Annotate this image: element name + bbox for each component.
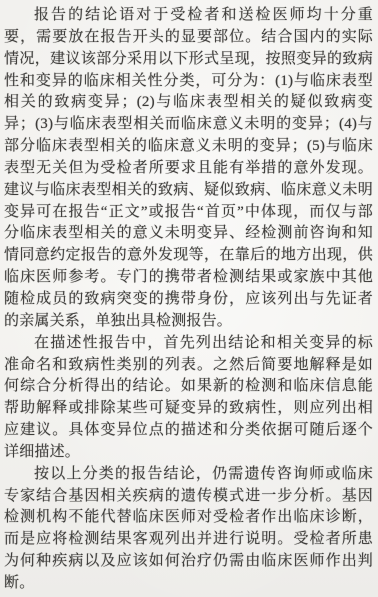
scanned-document-page: 报告的结论语对于受检者和送检医师均十分重 要，需要放在报告开头的显要部位。结合国… — [0, 0, 378, 597]
text-line: 报告的结论语对于受检者和送检医师均十分重 — [4, 5, 373, 27]
text-line: 专家结合基因相关疾病的遗传模式进一步分析。基因 — [4, 486, 373, 508]
text-line: 临床医师参考。专门的携带者检测结果或家族中其他 — [4, 267, 373, 289]
text-line: 相关的致病变异；(2)与临床表型相关的疑似致病变 — [4, 92, 373, 114]
text-line: 应建议。具体变异位点的描述和分类依据可随后逐个 — [4, 420, 373, 442]
text-line: 帮助解释或排除某些可疑变异的致病性，则应列出相 — [4, 398, 373, 420]
text-line: 为何种疾病以及应该如何治疗仍需由临床医师作出判 — [4, 551, 373, 573]
text-line: 性和变异的临床相关性分类，可分为：(1)与临床表型 — [4, 71, 373, 93]
text-line: 部分临床表型相关的临床意义未明的变异；(5)与临床 — [4, 136, 373, 158]
text-line: 详细描述。 — [4, 442, 373, 464]
text-line: 建议与临床表型相关的致病、疑似致病、临床意义未明 — [4, 180, 373, 202]
text-line: 情同意约定报告的意外发现等，在靠后的地方出现，供 — [4, 245, 373, 267]
text-line: 断。 — [4, 573, 373, 595]
text-line: 表型无关但为受检者所要求且能有举措的意外发现。 — [4, 158, 373, 180]
text-line: 变异可在报告“正文”或报告“首页”中体现，而仅与部 — [4, 202, 373, 224]
text-line: 而是应将检测结果客观列出并进行说明。受检者所患 — [4, 529, 373, 551]
text-line: 情况，建议该部分采用以下形式呈现，按照变异的致病 — [4, 49, 373, 71]
text-line: 准命名和致病性类别的列表。之然后简要地解释是如 — [4, 355, 373, 377]
text-line: 的亲属关系，单独出具检测报告。 — [4, 311, 373, 333]
paragraph: 在描述性报告中，首先列出结论和相关变异的标 准命名和致病性类别的列表。之然后简要… — [4, 333, 373, 464]
text-line: 要，需要放在报告开头的显要部位。结合国内的实际 — [4, 27, 373, 49]
text-line: 按以上分类的报告结论，仍需遗传咨询师或临床 — [4, 464, 373, 486]
paragraph: 按以上分类的报告结论，仍需遗传咨询师或临床 专家结合基因相关疾病的遗传模式进一步… — [4, 464, 373, 595]
text-line: 检测机构不能代替临床医师对受检者作出临床诊断， — [4, 507, 373, 529]
text-line: 分临床表型相关的意义未明变异、经检测前咨询和知 — [4, 223, 373, 245]
text-line: 随检成员的致病突变的携带身份，应该列出与先证者 — [4, 289, 373, 311]
document-text: 报告的结论语对于受检者和送检医师均十分重 要，需要放在报告开头的显要部位。结合国… — [4, 5, 373, 595]
text-line: 在描述性报告中，首先列出结论和相关变异的标 — [4, 333, 373, 355]
text-line: 何综合分析得出的结论。如果新的检测和临床信息能 — [4, 376, 373, 398]
paragraph: 报告的结论语对于受检者和送检医师均十分重 要，需要放在报告开头的显要部位。结合国… — [4, 5, 373, 333]
text-line: 异；(3)与临床表型相关而临床意义未明的变异；(4)与 — [4, 114, 373, 136]
